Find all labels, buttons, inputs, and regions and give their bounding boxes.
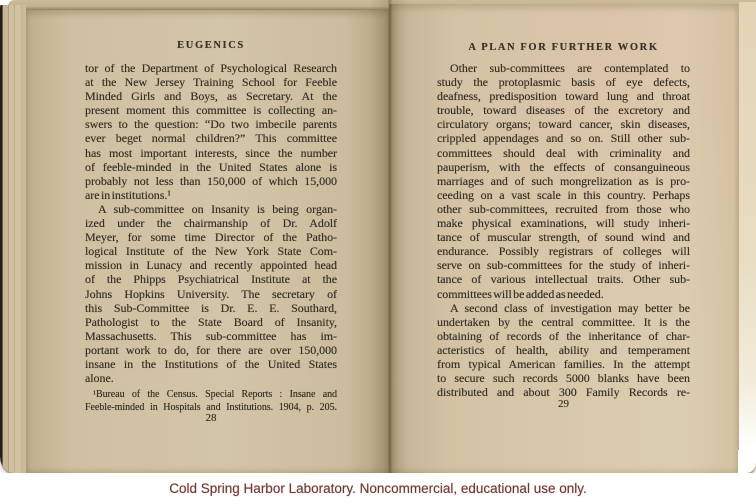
text-line: A second class of investigation may bett… bbox=[437, 301, 690, 315]
scanned-document-view: EUGENICS A PLAN FOR FURTHER WORK tor of … bbox=[0, 0, 756, 504]
text-line: ¹Bureau of the Census. Special Reports :… bbox=[85, 388, 337, 401]
text-line: of the Phipps Psychiatrical Institute at… bbox=[85, 272, 337, 286]
text-line: at the New Jersey Training School for Fe… bbox=[85, 75, 337, 89]
text-line: ever beget normal children?” This commit… bbox=[85, 131, 337, 145]
text-line: acteristics of health, ability and tempe… bbox=[437, 343, 690, 357]
text-line: portant work to do, for there are over 1… bbox=[85, 343, 337, 357]
text-line: Other sub-committees are contemplated to bbox=[437, 61, 690, 75]
text-line: to secure such records 5000 blanks have … bbox=[437, 371, 690, 385]
text-line: insane in the Institutions of the United… bbox=[85, 357, 337, 371]
text-line: Massachusetts. This sub-committee has im… bbox=[85, 329, 337, 343]
text-line: tance of muscular strength, of sound win… bbox=[437, 230, 690, 244]
open-book-photo: EUGENICS A PLAN FOR FURTHER WORK tor of … bbox=[0, 0, 756, 473]
paragraph: tor of the Department of Psychological R… bbox=[85, 61, 337, 202]
text-line: Johns Hopkins University. The secretary … bbox=[85, 287, 337, 301]
text-line: mission in Lunacy and recently appointed… bbox=[85, 258, 337, 272]
text-line: circulatory organs; toward cancer, skin … bbox=[437, 117, 690, 131]
text-line: Minded Girls and Boys, as Secretary. At … bbox=[85, 89, 337, 103]
text-line: other sub-committees, recruited from tho… bbox=[437, 202, 690, 216]
text-line: marriages and of such mongrelization as … bbox=[437, 174, 690, 188]
text-line: deafness, predisposition toward lung and… bbox=[437, 89, 690, 103]
left-page-footnote: ¹Bureau of the Census. Special Reports :… bbox=[85, 388, 337, 414]
right-fore-edge bbox=[738, 2, 756, 450]
paragraph: A sub-committee on Insanity is being org… bbox=[85, 202, 337, 385]
text-line: A sub-committee on Insanity is being org… bbox=[85, 202, 337, 216]
left-page-number: 28 bbox=[85, 412, 337, 424]
text-line: committees will be added as needed. bbox=[437, 287, 690, 301]
text-line: are in institutions.¹ bbox=[85, 188, 337, 202]
text-line: probably not less than 150,000 of which … bbox=[85, 174, 337, 188]
text-line: serve on sub-committees for the study of… bbox=[437, 258, 690, 272]
left-page-header: EUGENICS bbox=[85, 40, 337, 51]
text-line: crippled appendages and so on. Still oth… bbox=[437, 131, 690, 145]
left-page-stack-edge bbox=[0, 5, 26, 473]
text-line: obtaining of records of the inheritance … bbox=[437, 329, 690, 343]
text-line: undertaken by the central committee. It … bbox=[437, 315, 690, 329]
paragraph: Other sub-committees are contemplated to… bbox=[437, 61, 690, 301]
text-line: of feeble-minded in the United States al… bbox=[85, 160, 337, 174]
left-page-text-column: tor of the Department of Psychological R… bbox=[85, 61, 337, 385]
text-line: tance of various intellectual traits. Ot… bbox=[437, 272, 690, 286]
text-line: ized under the chairmanship of Dr. Adolf bbox=[85, 216, 337, 230]
text-line: make physical examinations, will study i… bbox=[437, 216, 690, 230]
text-line: from typical American families. In the a… bbox=[437, 357, 690, 371]
text-line: endurance. Possibly registrars of colleg… bbox=[437, 244, 690, 258]
paragraph: A second class of investigation may bett… bbox=[437, 301, 690, 400]
text-line: present moment this committee is collect… bbox=[85, 103, 337, 117]
text-line: Meyer, for some time Director of the Pat… bbox=[85, 230, 337, 244]
text-line: committees should deal with criminality … bbox=[437, 146, 690, 160]
text-line: pauperism, with the effects of consangui… bbox=[437, 160, 690, 174]
text-line: has most important interests, since the … bbox=[85, 146, 337, 160]
text-line: trouble, toward diseases of the excretor… bbox=[437, 103, 690, 117]
text-line: tor of the Department of Psychological R… bbox=[85, 61, 337, 75]
attribution-caption: Cold Spring Harbor Laboratory. Noncommer… bbox=[169, 481, 586, 496]
text-line: study the protoplasmic basis of eye defe… bbox=[437, 75, 690, 89]
text-line: logical Institute of the New York State … bbox=[85, 244, 337, 258]
text-line: Pathologist to the State Board of Insani… bbox=[85, 315, 337, 329]
text-line: swers to the question: “Do two imbecile … bbox=[85, 117, 337, 131]
right-page-text-column: Other sub-committees are contemplated to… bbox=[437, 61, 690, 399]
right-page-header: A PLAN FOR FURTHER WORK bbox=[437, 42, 690, 53]
right-page-number: 29 bbox=[437, 398, 690, 410]
attribution-caption-bar: Cold Spring Harbor Laboratory. Noncommer… bbox=[0, 473, 756, 504]
book-spine-gutter bbox=[370, 0, 410, 473]
text-line: this Sub-Committee is Dr. E. E. Southard… bbox=[85, 301, 337, 315]
text-line: alone. bbox=[85, 371, 337, 385]
text-line: ceeding on a vast scale in this country.… bbox=[437, 188, 690, 202]
